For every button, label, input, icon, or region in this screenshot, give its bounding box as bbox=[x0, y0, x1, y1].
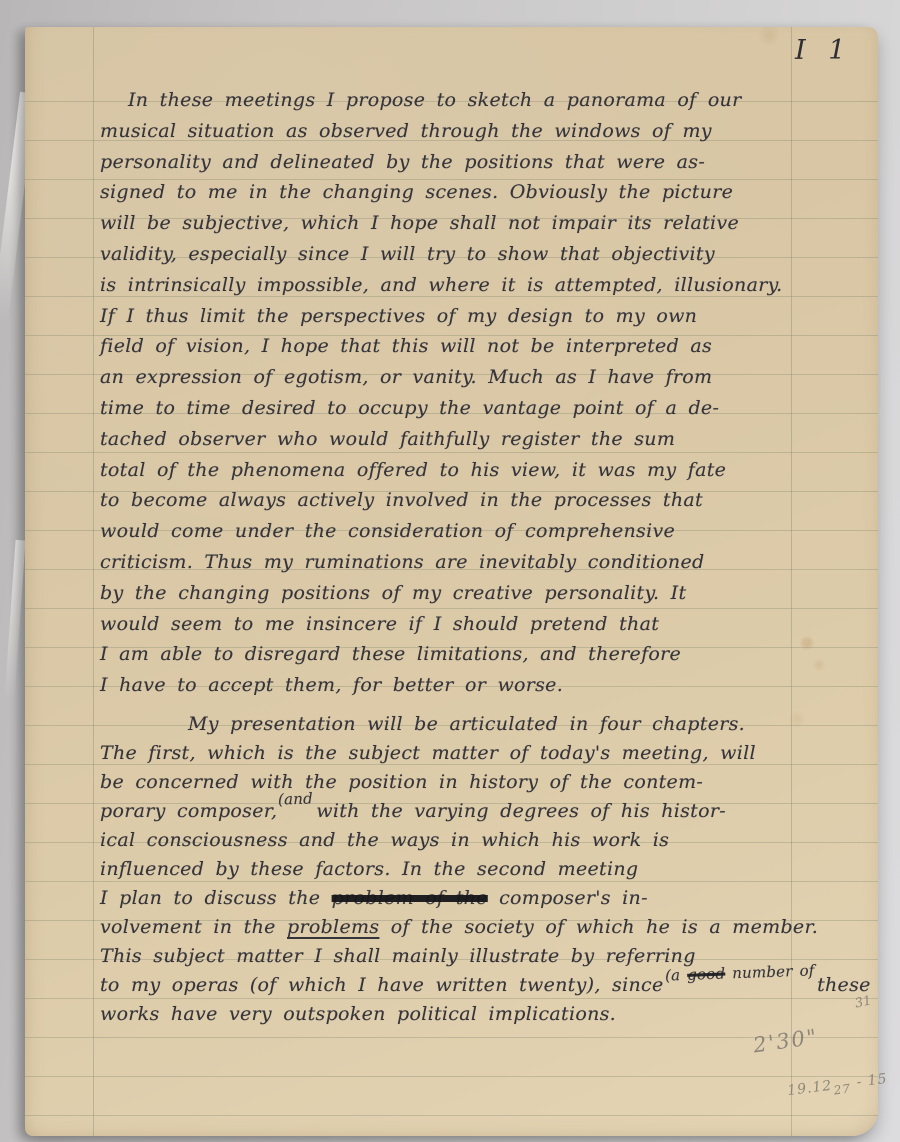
manuscript-line: signed to me in the changing scenes. Obv… bbox=[100, 177, 820, 208]
line-text: with the varying degrees of his histor- bbox=[316, 800, 726, 822]
manuscript-line: My presentation will be articulated in f… bbox=[100, 710, 820, 739]
line-text: I plan to discuss the bbox=[100, 887, 332, 909]
manuscript-line: validity, especially since I will try to… bbox=[100, 239, 820, 270]
backdrop-highlight bbox=[4, 540, 25, 700]
manuscript-line: is intrinsically impossible, and where i… bbox=[100, 270, 820, 301]
line-text: signed to me in the changing scenes. Obv… bbox=[100, 181, 733, 203]
line-text: ical consciousness and the ways in which… bbox=[100, 829, 669, 851]
paragraph-2: My presentation will be articulated in f… bbox=[100, 710, 820, 1029]
line-text: The first, which is the subject matter o… bbox=[100, 742, 756, 764]
manuscript-line: total of the phenomena offered to his vi… bbox=[100, 455, 820, 486]
line-text: be concerned with the position in histor… bbox=[100, 771, 703, 793]
insertion-text: (a bbox=[664, 966, 687, 985]
line-text: would come under the consideration of co… bbox=[100, 520, 675, 542]
line-text: porary composer, bbox=[100, 800, 277, 822]
manuscript-line: ical consciousness and the ways in which… bbox=[100, 826, 820, 855]
manuscript-line: criticism. Thus my ruminations are inevi… bbox=[100, 547, 820, 578]
line-text: personality and delineated by the positi… bbox=[100, 151, 705, 173]
date-suffix: - 15 bbox=[856, 1071, 889, 1091]
manuscript-line: personality and delineated by the positi… bbox=[100, 147, 820, 178]
manuscript-line: In these meetings I propose to sketch a … bbox=[100, 85, 820, 116]
line-text: I have to accept them, for better or wor… bbox=[100, 674, 563, 696]
line-text: of the society of which he is a member. bbox=[379, 916, 818, 938]
interlinear-insertion: (a good number of bbox=[664, 963, 814, 983]
interlinear-insertion: (and bbox=[278, 791, 313, 807]
manuscript-line: works have very outspoken political impl… bbox=[100, 1000, 820, 1029]
manuscript-line: If I thus limit the perspectives of my d… bbox=[100, 301, 820, 332]
paragraph-1: In these meetings I propose to sketch a … bbox=[100, 85, 820, 701]
line-text: field of vision, I hope that this will n… bbox=[100, 335, 712, 357]
manuscript-page: I 1 In these meetings I propose to sketc… bbox=[25, 27, 878, 1136]
line-text: I am able to disregard these limitations… bbox=[100, 643, 681, 665]
insertion-text: number of bbox=[724, 961, 814, 982]
line-text: would seem to me insincere if I should p… bbox=[100, 613, 659, 635]
line-text: musical situation as observed through th… bbox=[100, 120, 712, 142]
line-text: tached observer who would faithfully reg… bbox=[100, 428, 675, 450]
line-text: these bbox=[817, 974, 871, 996]
manuscript-line: I have to accept them, for better or wor… bbox=[100, 670, 820, 701]
pencil-duration-note: 2'30" bbox=[752, 1025, 820, 1058]
crossed-out-text: problem of the bbox=[332, 887, 488, 909]
line-text: validity, especially since I will try to… bbox=[100, 243, 715, 265]
manuscript-line: an expression of egotism, or vanity. Muc… bbox=[100, 362, 820, 393]
manuscript-line: field of vision, I hope that this will n… bbox=[100, 331, 820, 362]
manuscript-line: musical situation as observed through th… bbox=[100, 116, 820, 147]
line-text: to my operas (of which I have written tw… bbox=[100, 974, 664, 996]
folio-number: I 1 bbox=[795, 35, 852, 66]
line-text: composer's in- bbox=[488, 887, 648, 909]
line-text: time to time desired to occupy the vanta… bbox=[100, 397, 719, 419]
line-text: total of the phenomena offered to his vi… bbox=[100, 459, 726, 481]
crossed-out-word: good bbox=[686, 965, 725, 984]
line-text: My presentation will be articulated in f… bbox=[188, 713, 745, 735]
line-text: If I thus limit the perspectives of my d… bbox=[100, 305, 697, 327]
manuscript-line: porary composer,(andwith the varying deg… bbox=[100, 797, 820, 826]
line-text: to become always actively involved in th… bbox=[100, 489, 703, 511]
line-text: an expression of egotism, or vanity. Muc… bbox=[100, 366, 712, 388]
manuscript-line: volvement in the problems of the society… bbox=[100, 913, 820, 942]
line-text: volvement in the bbox=[100, 916, 287, 938]
manuscript-line: The first, which is the subject matter o… bbox=[100, 739, 820, 768]
line-text: criticism. Thus my ruminations are inevi… bbox=[100, 551, 704, 573]
manuscript-line: by the changing positions of my creative… bbox=[100, 578, 820, 609]
left-margin-rule bbox=[93, 27, 94, 1136]
manuscript-line: time to time desired to occupy the vanta… bbox=[100, 393, 820, 424]
line-text: This subject matter I shall mainly illus… bbox=[100, 945, 696, 967]
pencil-date-note: 19.1227 - 15 bbox=[786, 1071, 888, 1099]
manuscript-line: I plan to discuss the problem of the com… bbox=[100, 884, 820, 913]
manuscript-line: to become always actively involved in th… bbox=[100, 485, 820, 516]
pencil-margin-number: 31 bbox=[854, 993, 873, 1011]
line-text: In these meetings I propose to sketch a … bbox=[128, 89, 741, 111]
date-top: 19.12 bbox=[786, 1078, 833, 1099]
date-bottom: 27 bbox=[833, 1081, 852, 1097]
line-text: works have very outspoken political impl… bbox=[100, 1003, 616, 1025]
line-text: influenced by these factors. In the seco… bbox=[100, 858, 638, 880]
manuscript-line: would seem to me insincere if I should p… bbox=[100, 609, 820, 640]
manuscript-line: to my operas (of which I have written tw… bbox=[100, 971, 820, 1000]
manuscript-line: tached observer who would faithfully reg… bbox=[100, 424, 820, 455]
manuscript-line: be concerned with the position in histor… bbox=[100, 768, 820, 797]
manuscript-line: influenced by these factors. In the seco… bbox=[100, 855, 820, 884]
manuscript-line: would come under the consideration of co… bbox=[100, 516, 820, 547]
manuscript-line: I am able to disregard these limitations… bbox=[100, 639, 820, 670]
line-text: by the changing positions of my creative… bbox=[100, 582, 686, 604]
underlined-word: problems bbox=[287, 916, 379, 938]
line-text: will be subjective, which I hope shall n… bbox=[100, 212, 739, 234]
manuscript-line: will be subjective, which I hope shall n… bbox=[100, 208, 820, 239]
line-text: is intrinsically impossible, and where i… bbox=[100, 274, 782, 296]
